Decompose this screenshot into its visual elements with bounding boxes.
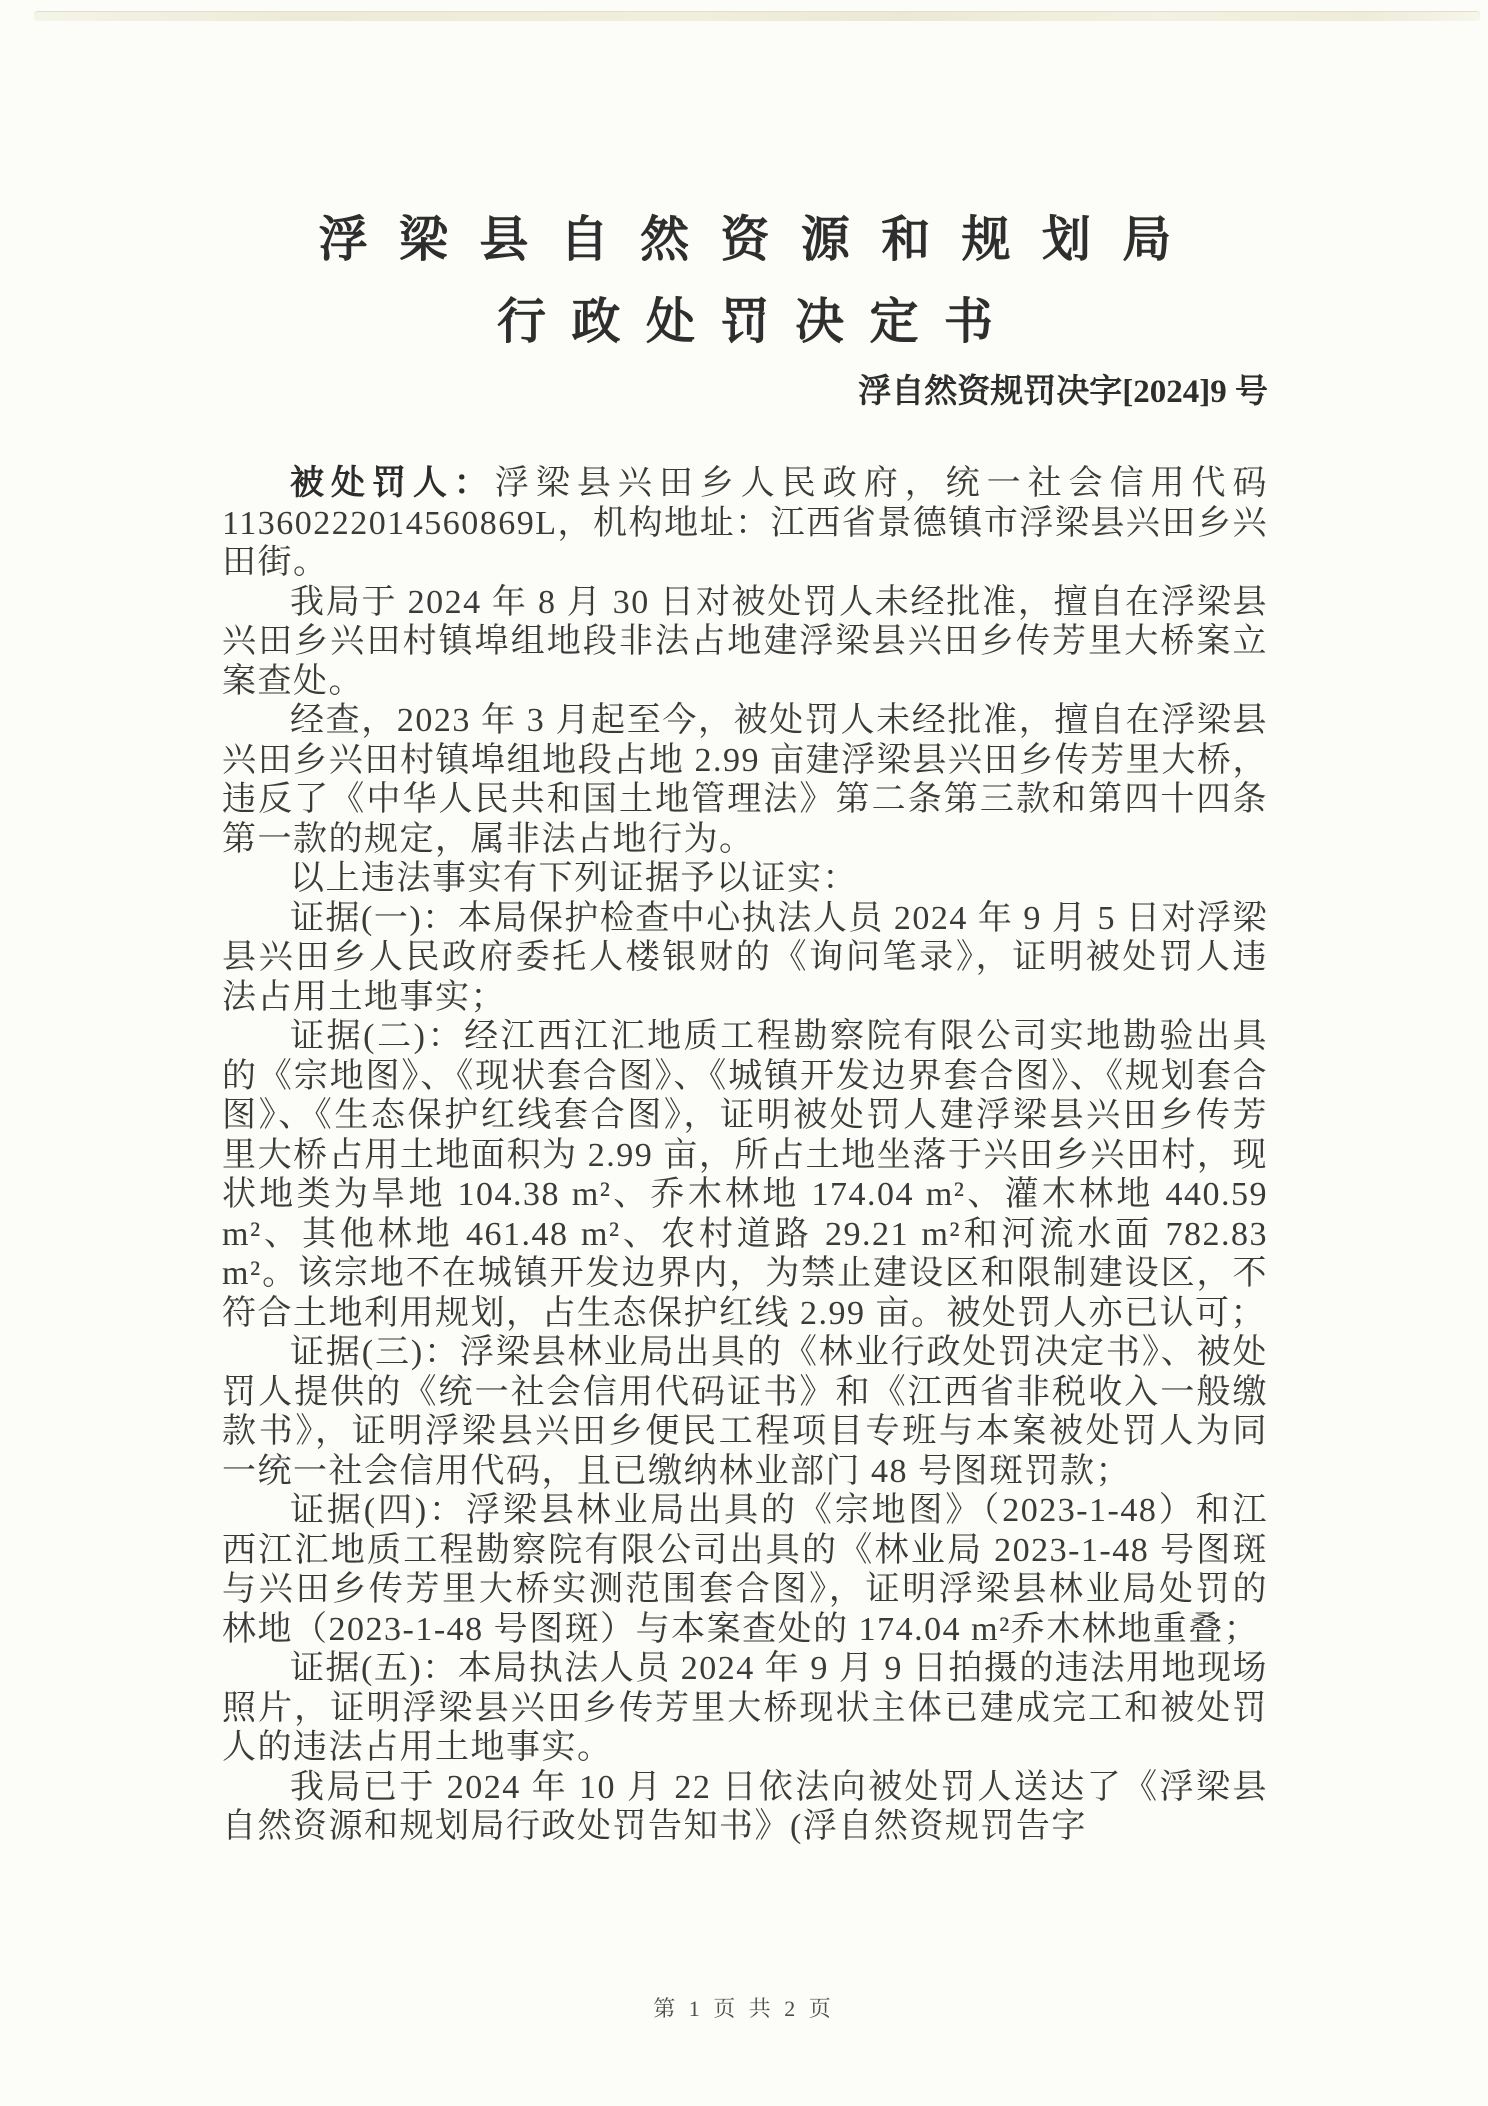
- paragraph-text: 我局已于 2024 年 10 月 22 日依法向被处罚人送达了《浮梁县自然资源和…: [222, 1769, 1268, 1846]
- paragraph-text: 证据(二)：经江西江汇地质工程勘察院有限公司实地勘验出具的《宗地图》、《现状套合…: [222, 1018, 1268, 1332]
- document-body: 被处罚人：浮梁县兴田乡人民政府，统一社会信用代码1136022201456086…: [222, 464, 1268, 1847]
- paragraph-text: 证据(三)：浮梁县林业局出具的《林业行政处罚决定书》、被处罚人提供的《统一社会信…: [222, 1334, 1268, 1490]
- document-content: 浮梁县自然资源和规划局 行政处罚决定书 浮自然资规罚决字[2024]9 号 被处…: [222, 0, 1268, 1847]
- paragraph-evidence-2: 证据(二)：经江西江汇地质工程勘察院有限公司实地勘验出具的《宗地图》、《现状套合…: [222, 1017, 1268, 1333]
- paragraph-evidence-5: 证据(五)：本局执法人员 2024 年 9 月 9 日拍摄的违法用地现场照片，证…: [222, 1649, 1268, 1768]
- paragraph-case-filing: 我局于 2024 年 8 月 30 日对被处罚人未经批准，擅自在浮梁县兴田乡兴田…: [222, 583, 1268, 702]
- document-title-line1: 浮梁县自然资源和规划局: [222, 210, 1268, 270]
- paragraph-notice-service: 我局已于 2024 年 10 月 22 日依法向被处罚人送达了《浮梁县自然资源和…: [222, 1768, 1268, 1847]
- paragraph-findings: 经查，2023 年 3 月起至今，被处罚人未经批准，擅自在浮梁县兴田乡兴田村镇埠…: [222, 701, 1268, 859]
- paragraph-evidence-3: 证据(三)：浮梁县林业局出具的《林业行政处罚决定书》、被处罚人提供的《统一社会信…: [222, 1333, 1268, 1491]
- paragraph-evidence-4: 证据(四)：浮梁县林业局出具的《宗地图》（2023-1-48）和江西江汇地质工程…: [222, 1491, 1268, 1649]
- paragraph-evidence-intro: 以上违法事实有下列证据予以证实：: [222, 859, 1268, 899]
- paragraph-text: 证据(一)：本局保护检查中心执法人员 2024 年 9 月 5 日对浮梁县兴田乡…: [222, 900, 1268, 1016]
- paragraph-defendant: 被处罚人：浮梁县兴田乡人民政府，统一社会信用代码1136022201456086…: [222, 464, 1268, 583]
- paragraph-text: 经查，2023 年 3 月起至今，被处罚人未经批准，擅自在浮梁县兴田乡兴田村镇埠…: [222, 702, 1268, 858]
- paragraph-text: 证据(五)：本局执法人员 2024 年 9 月 9 日拍摄的违法用地现场照片，证…: [222, 1650, 1268, 1766]
- paragraph-text: 以上违法事实有下列证据予以证实：: [290, 860, 858, 897]
- paragraph-evidence-1: 证据(一)：本局保护检查中心执法人员 2024 年 9 月 5 日对浮梁县兴田乡…: [222, 899, 1268, 1018]
- defendant-label: 被处罚人：: [290, 465, 495, 502]
- paragraph-text: 我局于 2024 年 8 月 30 日对被处罚人未经批准，擅自在浮梁县兴田乡兴田…: [222, 584, 1268, 700]
- scanned-document-page: 浮梁县自然资源和规划局 行政处罚决定书 浮自然资规罚决字[2024]9 号 被处…: [0, 0, 1488, 2106]
- document-number: 浮自然资规罚决字[2024]9 号: [222, 372, 1268, 412]
- document-title-line2: 行政处罚决定书: [222, 292, 1268, 352]
- paragraph-text: 证据(四)：浮梁县林业局出具的《宗地图》（2023-1-48）和江西江汇地质工程…: [222, 1492, 1268, 1648]
- page-number-footer: 第 1 页 共 2 页: [0, 1992, 1488, 2023]
